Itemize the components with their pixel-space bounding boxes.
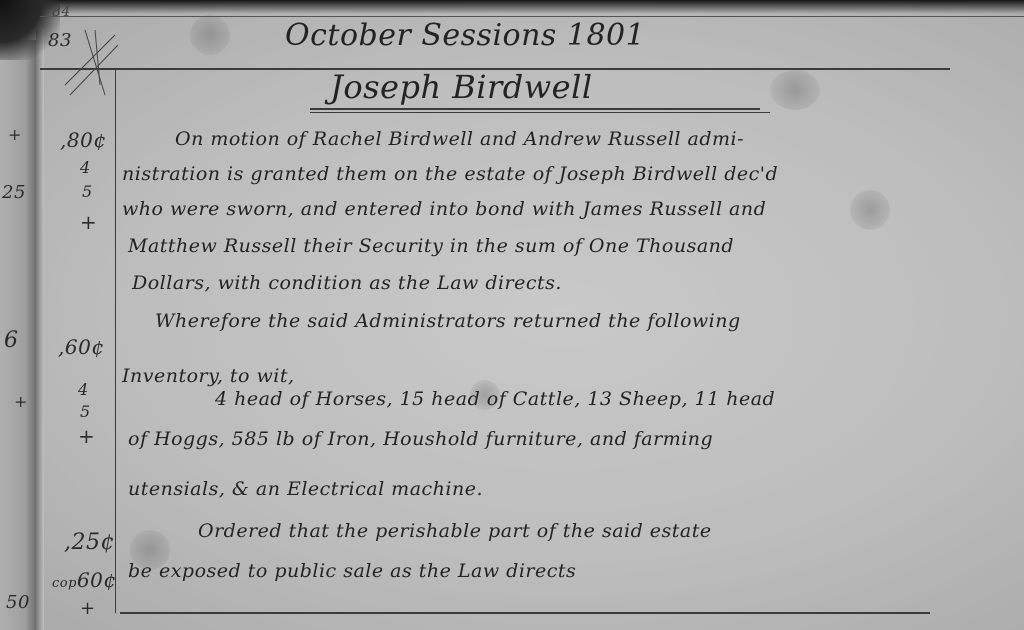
fee-mark: 4 (78, 380, 89, 399)
stain (850, 190, 890, 230)
facing-page-mark: 50 (6, 592, 30, 613)
fee-amount: ,60¢ (58, 335, 105, 359)
document-scan: 83 84 October Sessions 1801 Joseph Birdw… (0, 0, 1024, 630)
name-underline (310, 108, 760, 110)
top-edge-rule (40, 16, 1024, 17)
session-heading: October Sessions 1801 (285, 18, 645, 53)
body-line: On motion of Rachel Birdwell and Andrew … (175, 128, 744, 150)
fee-mark: + (78, 424, 95, 448)
fee-mark: 5 (80, 402, 91, 421)
name-underline-2 (310, 112, 770, 113)
facing-page-mark: + (8, 125, 22, 144)
fee-amount: ,25¢ (64, 530, 115, 555)
book-gutter (36, 30, 44, 630)
facing-page-mark: + (14, 392, 28, 411)
body-line: utensials, & an Electrical machine. (128, 478, 483, 500)
fee-mark: 4 (80, 158, 91, 177)
page-top-shadow (0, 0, 1024, 14)
body-line: nistration is granted them on the estate… (122, 163, 778, 185)
entry-end-rule (120, 612, 930, 614)
body-line: Dollars, with condition as the Law direc… (132, 272, 562, 294)
facing-page-mark: 25 (2, 182, 26, 203)
body-line: Inventory, to wit, (122, 365, 295, 387)
body-line: Ordered that the perishable part of the … (198, 520, 712, 542)
strikeout-marks-icon (60, 25, 120, 100)
body-line: of Hoggs, 585 lb of Iron, Houshold furni… (128, 428, 713, 450)
stain (190, 15, 230, 55)
body-line: Matthew Russell their Security in the su… (128, 235, 734, 257)
fee-amount: ,80¢ (60, 128, 107, 152)
fee-mark: + (80, 598, 96, 619)
body-line: 4 head of Horses, 15 head of Cattle, 13 … (215, 388, 775, 410)
subject-name: Joseph Birdwell (330, 68, 593, 106)
body-line: be exposed to public sale as the Law dir… (128, 560, 576, 582)
facing-page-mark: 6 (4, 328, 19, 353)
body-line: who were sworn, and entered into bond wi… (122, 198, 766, 220)
folio-overwrite: 84 (52, 4, 71, 20)
stain (770, 70, 820, 110)
fee-amount: cop60¢ (52, 568, 117, 592)
body-line: Wherefore the said Administrators return… (155, 310, 741, 332)
fee-mark: 5 (82, 182, 93, 201)
margin-rule (115, 68, 116, 613)
fee-mark: + (80, 210, 97, 234)
